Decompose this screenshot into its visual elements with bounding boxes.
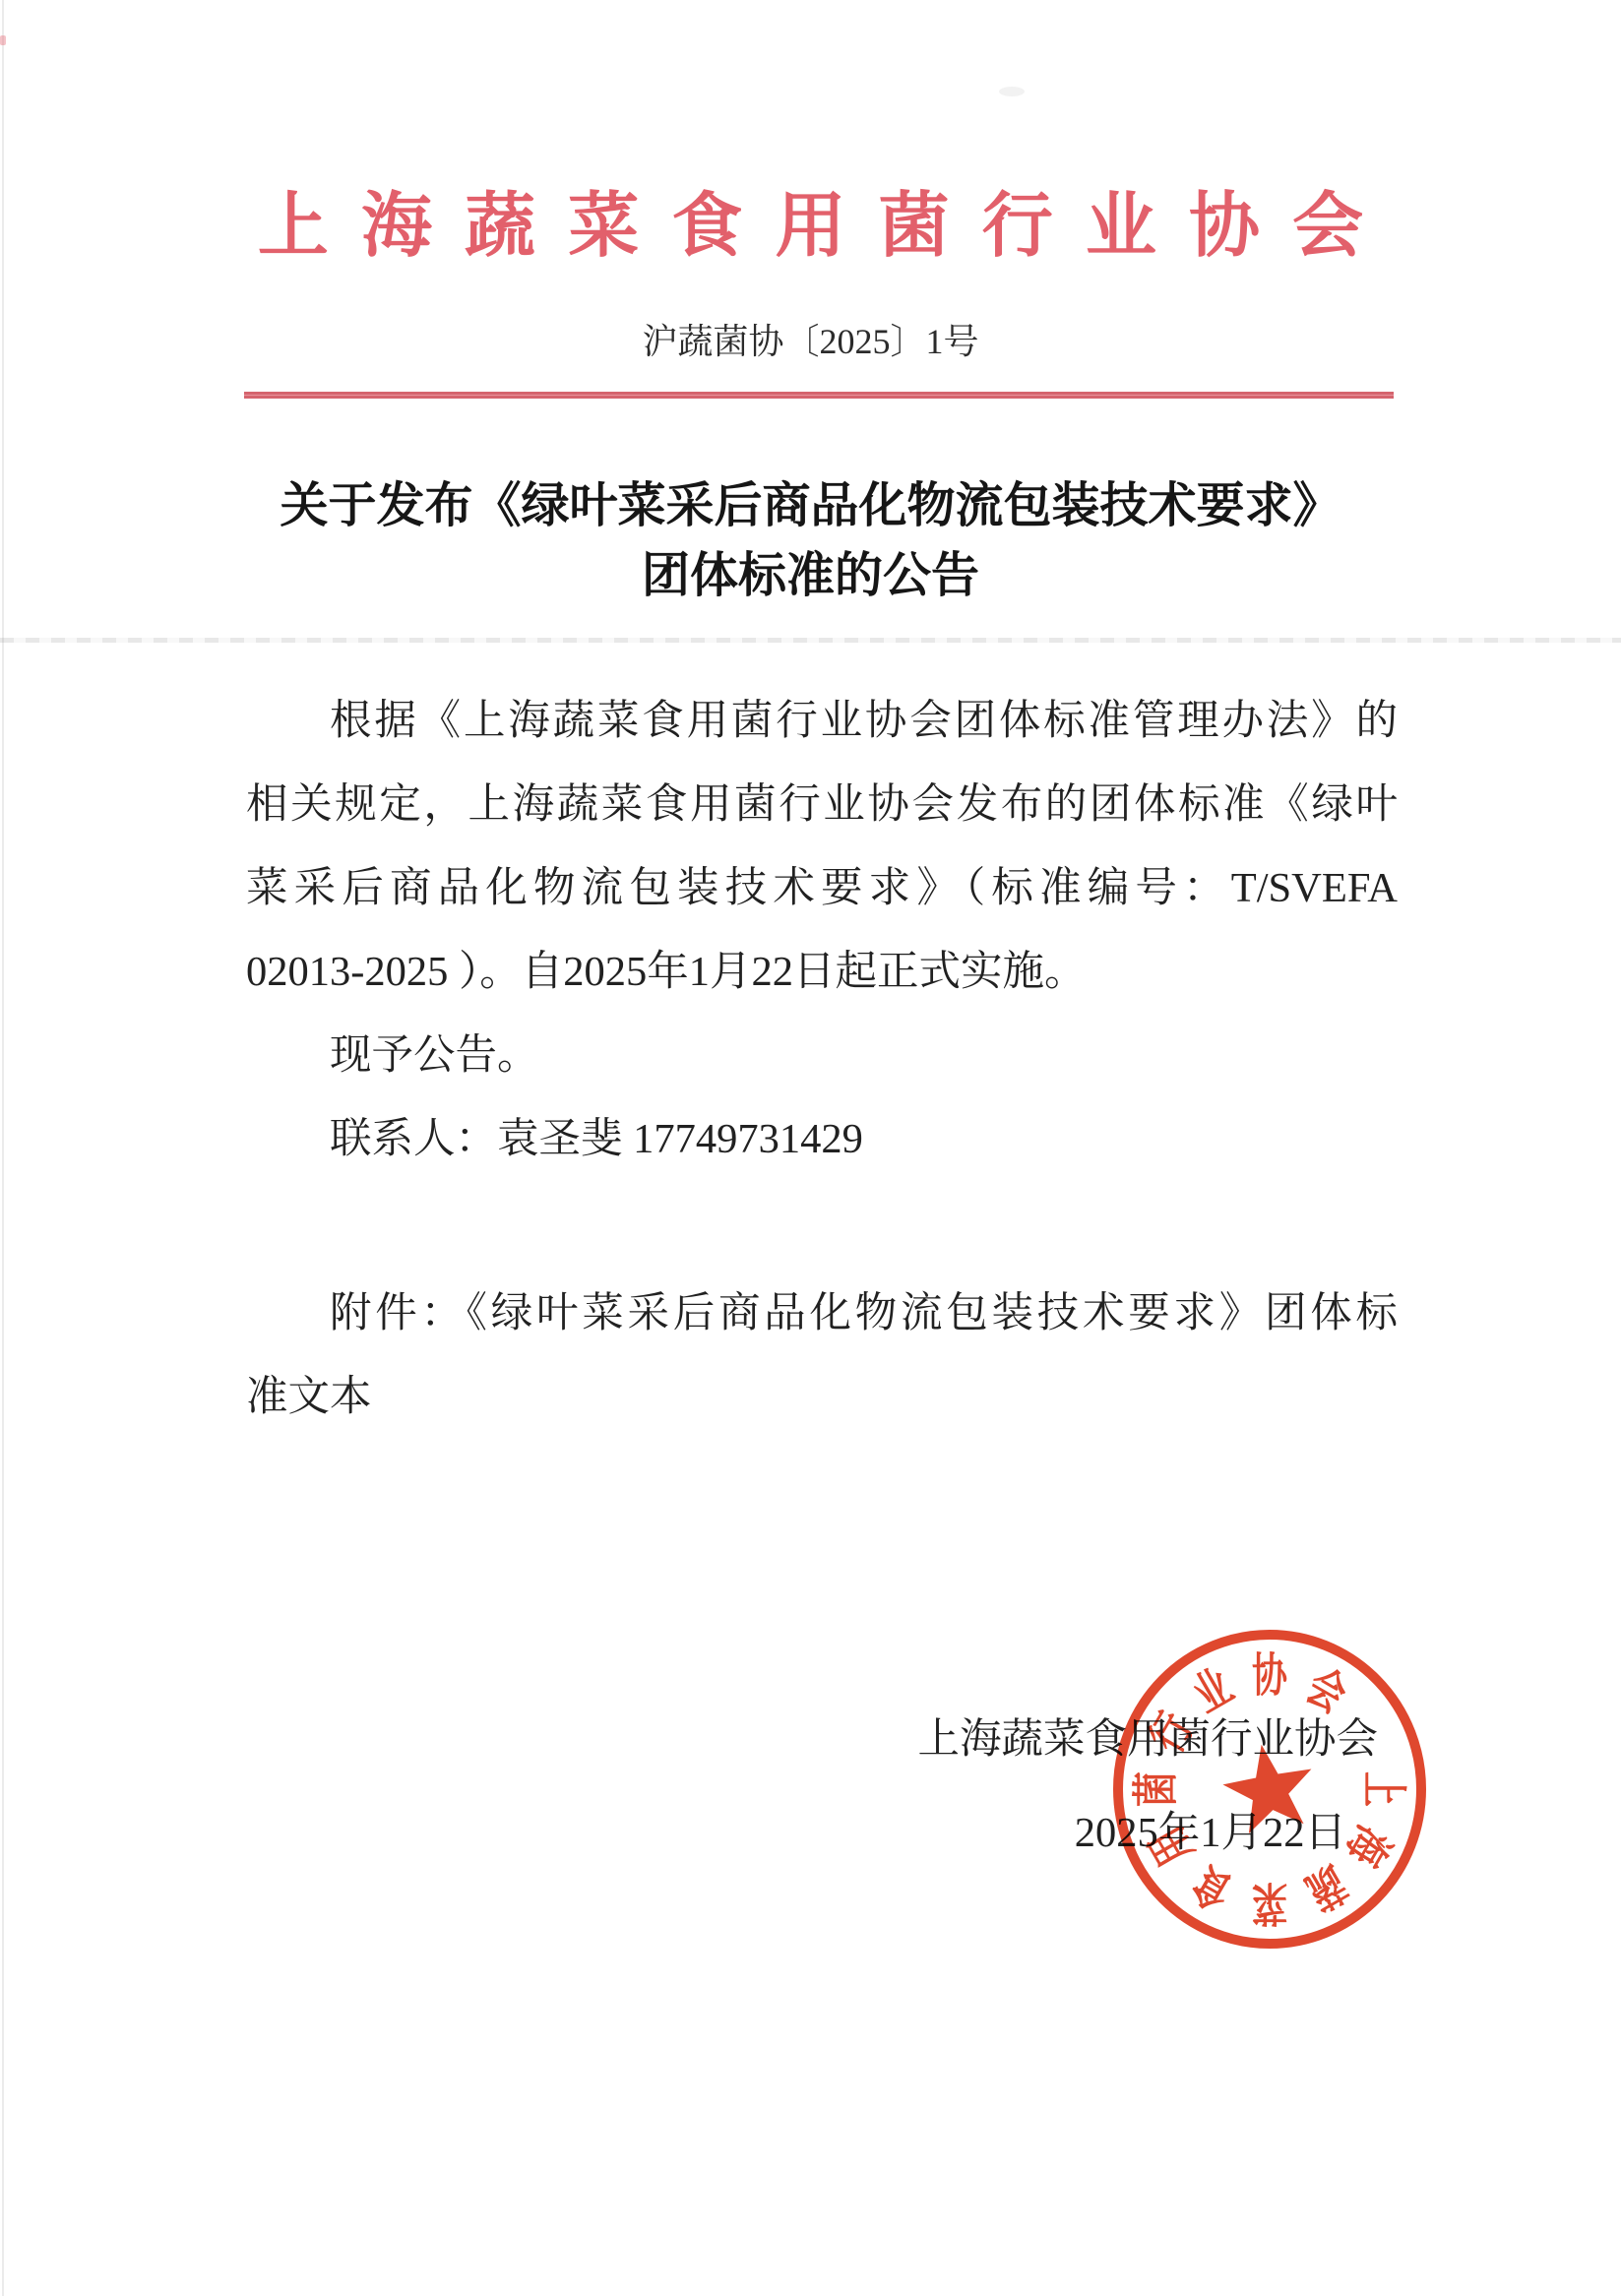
body-line: 准文本 [246,1355,1398,1439]
seal-ring-char: 菌 [1131,1771,1183,1807]
scan-pink-mark [0,35,6,45]
body-line: 附件：《绿叶菜采后商品化物流包装技术要求》团体标 [246,1272,1398,1355]
document-title: 关于发布《绿叶菜采后商品化物流包装技术要求》 团体标准的公告 [0,470,1621,610]
seal-ring-char: 用 [1142,1817,1204,1873]
seal-ring-char: 会 [1297,1660,1354,1723]
seal-ring-char: 行 [1141,1705,1204,1762]
scan-smudge [999,87,1025,96]
body-line: 根据《上海蔬菜食用菌行业协会团体标准管理办法》的 [246,679,1398,763]
seal-ring-char: 业 [1185,1661,1241,1723]
seal-ring-char: 协 [1252,1650,1289,1703]
paragraph-main: 根据《上海蔬菜食用菌行业协会团体标准管理办法》的 相关规定，上海蔬菜食用菌行业协… [246,679,1398,1014]
seal-ring-char: 菜 [1252,1876,1287,1928]
letterhead-red-rule [244,392,1394,399]
document-number: 沪蔬菌协〔2025〕1号 [0,321,1621,363]
seal-ring-char: 上 [1356,1771,1407,1807]
letterhead-org-name: 上海蔬菜食用菌行业协会 [0,190,1621,261]
paragraph-announce: 现予公告。 [246,1014,1398,1097]
paragraph-contact: 联系人：袁圣斐 17749731429 [246,1097,1398,1181]
official-seal: 上海蔬菜食用菌行业协会 [1102,1622,1437,1956]
body-line: 菜采后商品化物流包装技术要求》（标准编号：T/SVEFA [246,846,1398,930]
scan-band-artifact [0,638,1621,643]
body-line: 相关规定，上海蔬菜食用菌行业协会发布的团体标准《绿叶 [246,763,1398,846]
document-body: 根据《上海蔬菜食用菌行业协会团体标准管理办法》的 相关规定，上海蔬菜食用菌行业协… [246,679,1398,1439]
seal-star-icon [1217,1737,1321,1836]
scanned-document-page: 上海蔬菜食用菌行业协会 沪蔬菌协〔2025〕1号 关于发布《绿叶菜采后商品化物流… [0,0,1621,2296]
seal-ring-char: 海 [1336,1817,1399,1874]
seal-ring-char: 蔬 [1297,1855,1354,1918]
document-title-line1: 关于发布《绿叶菜采后商品化物流包装技术要求》 [0,470,1621,540]
paragraph-attachment: 附件：《绿叶菜采后商品化物流包装技术要求》团体标 准文本 [246,1272,1398,1439]
body-line: 02013-2025 ）。自2025年1月22日起正式实施。 [246,930,1398,1014]
document-title-line2: 团体标准的公告 [0,540,1621,610]
seal-ring-char: 食 [1185,1855,1242,1918]
